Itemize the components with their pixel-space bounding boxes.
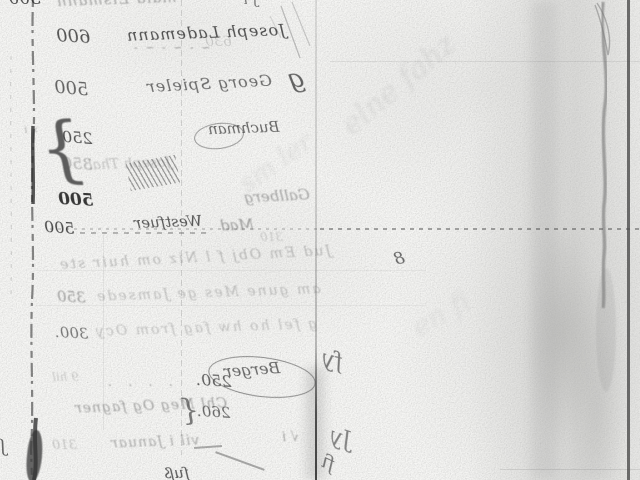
- tail-flourish: Jy: [327, 425, 354, 452]
- dotted-leader: . . . .: [102, 376, 173, 389]
- amount-500-bold: 500: [58, 191, 94, 210]
- amount-500: 500: [43, 219, 75, 237]
- ink-blotch: [24, 429, 44, 480]
- amount-300: 300.: [55, 325, 89, 342]
- faint-crease: [500, 469, 640, 470]
- bottom-scrap-script: ſuß: [164, 466, 190, 480]
- amount-top-partial: 300: [8, 0, 40, 8]
- amount-250: 250: [61, 129, 93, 147]
- amount-310: 310: [52, 439, 77, 452]
- diagonal-stroke: [215, 451, 264, 470]
- script-line-8: Berger: [224, 360, 281, 380]
- edge-mark: ʃ: [0, 438, 5, 456]
- script-line-10: vil i Januar: [110, 433, 200, 450]
- day-number-8: 8: [392, 250, 406, 269]
- script-line-5: Jud Em Obj f l Niz om huir ste: [58, 244, 332, 272]
- amount-350: 350: [57, 289, 86, 305]
- faint-crease: [36, 305, 426, 306]
- faint-trail-number: 310: [260, 231, 283, 243]
- flourish-descender: g: [286, 65, 307, 93]
- margin-marks: × i: [24, 126, 39, 136]
- script-line-4: Westfuer: [134, 214, 203, 231]
- page-edge-line: [627, 0, 630, 480]
- bottom-right-mottling: [518, 235, 630, 480]
- ghost-amount: 630: [205, 35, 232, 49]
- script-line-2: Georg Spieler: [146, 73, 273, 96]
- left-note: 9 hil: [52, 371, 79, 383]
- right-marks: √ i: [282, 431, 299, 444]
- script-line-4b: Mad: [220, 217, 254, 233]
- ghost-squiggle: elne fahz: [337, 29, 462, 141]
- faint-crease: [330, 61, 640, 62]
- script-line-6: am gune Mes ge Jamsede: [95, 282, 321, 304]
- horizontal-crease-right: [320, 228, 640, 230]
- left-margin-line: [0, 0, 60, 480]
- script-end-marks: ʃ i: [243, 0, 257, 7]
- amount-600: 600: [56, 27, 91, 47]
- center-fold-line: [315, 0, 317, 480]
- dash-stroke: [80, 232, 210, 234]
- ghost-squiggle: en fi: [407, 286, 475, 341]
- underline-squiggle: ~ - ~ - ~ -: [132, 42, 210, 53]
- script-line-7: g fel ho hw fag from Ocy: [94, 317, 318, 339]
- group-name-1: Buchman: [208, 120, 280, 137]
- amount-500: 500: [53, 79, 89, 100]
- tail-flourish: fy: [320, 348, 345, 374]
- scanned-ledger-page: 300 maid Elsmann ʃ i 600 Joseph Lademann…: [0, 0, 640, 480]
- script-line-top: maid Elsmann: [56, 0, 177, 9]
